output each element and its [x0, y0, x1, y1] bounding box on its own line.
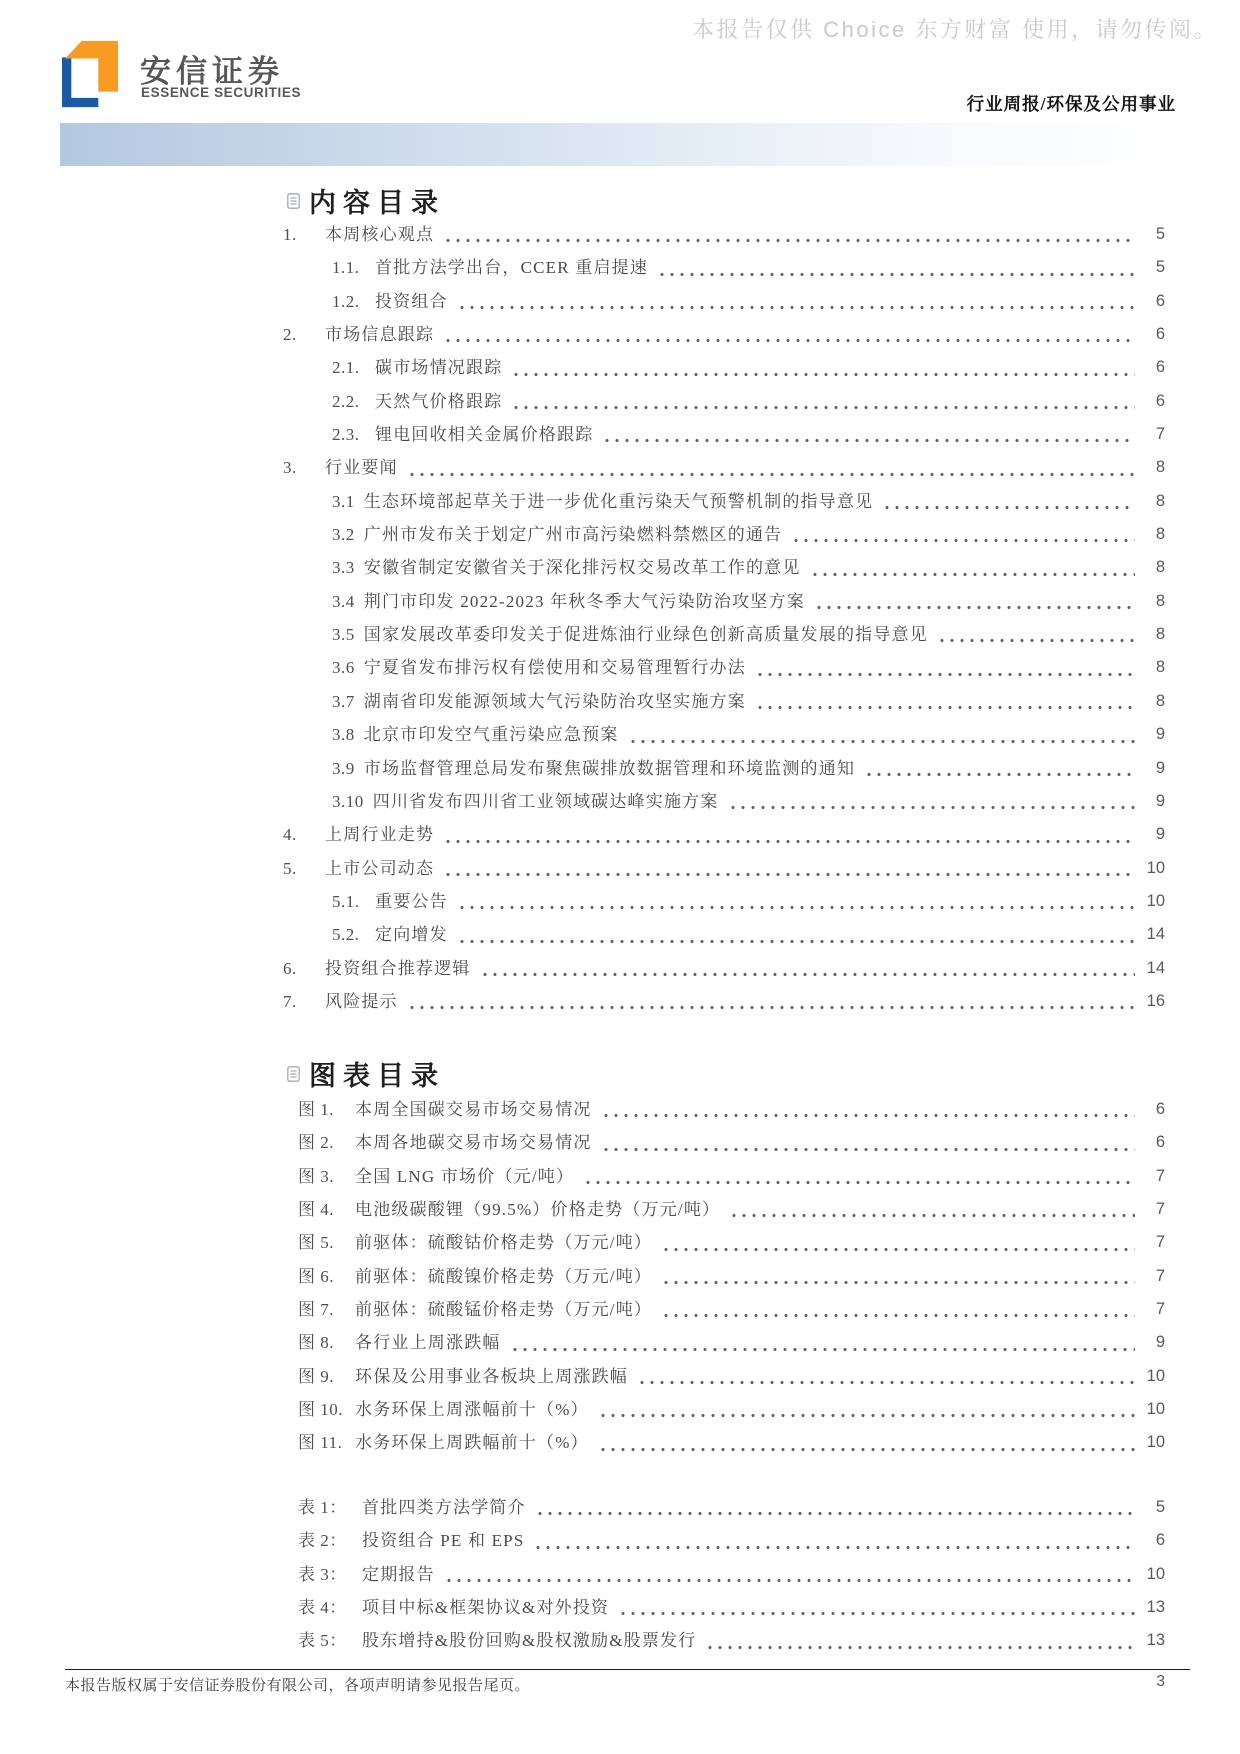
- figure-entry-label: 电池级碳酸锂（99.5%）价格走势（万元/吨）: [355, 1193, 720, 1226]
- dot-leader: [616, 1591, 1135, 1624]
- dot-leader: [600, 418, 1135, 451]
- figure-entry-label: 水务环保上周涨幅前十（%）: [355, 1393, 589, 1426]
- toc-entry[interactable]: 5. 上市公司动态 10: [283, 852, 1165, 885]
- toc-entry-page: 8: [1139, 551, 1165, 584]
- toc-entry-page: 5: [1139, 251, 1165, 284]
- toc-entry-page: 8: [1139, 585, 1165, 618]
- toc-entry-page: 16: [1139, 985, 1165, 1018]
- toc-section-heading: 内容目录: [287, 181, 445, 220]
- table-entry-page: 13: [1139, 1591, 1165, 1624]
- toc-entry-label: 锂电回收相关金属价格跟踪: [375, 418, 593, 451]
- figure-entry[interactable]: 图 6. 前驱体：硫酸镍价格走势（万元/吨） 7: [298, 1260, 1165, 1293]
- toc-entry[interactable]: 1. 本周核心观点 5: [283, 218, 1165, 251]
- toc-entry-label: 四川省发布四川省工业领域碳达峰实施方案: [373, 785, 719, 818]
- figures-section-heading: 图表目录: [287, 1054, 445, 1093]
- figure-entry-number: 图 8.: [298, 1326, 355, 1359]
- dot-leader: [596, 1393, 1135, 1426]
- toc-entry[interactable]: 2.1. 碳市场情况跟踪 6: [283, 351, 1165, 384]
- toc-entry[interactable]: 6. 投资组合推荐逻辑 14: [283, 952, 1165, 985]
- figure-entry-number: 图 9.: [298, 1360, 355, 1393]
- toc-entry-page: 9: [1139, 718, 1165, 751]
- toc-entry[interactable]: 3.10 四川省发布四川省工业领域碳达峰实施方案 9: [283, 785, 1165, 818]
- toc-entry-number: 1.1.: [332, 251, 375, 284]
- dot-leader: [599, 1126, 1135, 1159]
- toc-entry-page: 8: [1139, 618, 1165, 651]
- essence-securities-logo-icon: [62, 40, 118, 108]
- toc-title: 内容目录: [309, 181, 445, 220]
- table-entry-number: 表 1：: [298, 1491, 362, 1524]
- dot-leader: [442, 1558, 1135, 1591]
- report-page: 本报告仅供 Choice 东方财富 使用，请勿传阅。 安信证券 ESSENCE …: [0, 0, 1240, 1754]
- toc-entry-page: 5: [1139, 218, 1165, 251]
- toc-entry[interactable]: 2.2. 天然气价格跟踪 6: [283, 385, 1165, 418]
- figure-entry[interactable]: 图 7. 前驱体：硫酸锰价格走势（万元/吨） 7: [298, 1293, 1165, 1326]
- document-list-icon: [287, 1066, 300, 1082]
- dot-leader: [533, 1491, 1135, 1524]
- dot-leader: [753, 685, 1135, 718]
- figure-entry[interactable]: 图 4. 电池级碳酸锂（99.5%）价格走势（万元/吨） 7: [298, 1193, 1165, 1226]
- table-entry-page: 13: [1139, 1624, 1165, 1657]
- table-entry-number: 表 3：: [298, 1558, 362, 1591]
- dot-leader: [659, 1293, 1135, 1326]
- dot-leader: [581, 1160, 1135, 1193]
- dot-leader: [441, 818, 1135, 851]
- dot-leader: [789, 518, 1135, 551]
- toc-entry-label: 荆门市印发 2022-2023 年秋冬季大气污染防治攻坚方案: [364, 585, 805, 618]
- figure-entry[interactable]: 图 5. 前驱体：硫酸钴价格走势（万元/吨） 7: [298, 1226, 1165, 1259]
- table-entry-label: 股东增持&股份回购&股权激励&股票发行: [362, 1624, 696, 1657]
- toc-entry-number: 2.: [283, 318, 325, 351]
- figure-entry-page: 7: [1139, 1260, 1165, 1293]
- footer-page-number: 3: [1156, 1673, 1165, 1691]
- table-entry-number: 表 2：: [298, 1524, 362, 1557]
- table-entry-label: 项目中标&框架协议&对外投资: [362, 1591, 609, 1624]
- toc-entry[interactable]: 7. 风险提示 16: [283, 985, 1165, 1018]
- brand-name-en: ESSENCE SECURITIES: [141, 85, 301, 100]
- figure-entry-page: 10: [1139, 1360, 1165, 1393]
- toc-entry-page: 10: [1139, 852, 1165, 885]
- dot-leader: [405, 451, 1135, 484]
- dot-leader: [455, 285, 1135, 318]
- figure-entry[interactable]: 图 1. 本周全国碳交易市场交易情况 6: [298, 1093, 1165, 1126]
- toc-entry-page: 9: [1139, 818, 1165, 851]
- report-type-label: 行业周报/环保及公用事业: [967, 91, 1176, 116]
- toc-entry-page: 9: [1139, 752, 1165, 785]
- dot-leader: [727, 1193, 1135, 1226]
- dot-leader: [441, 218, 1135, 251]
- toc-entry[interactable]: 5.2. 定向增发 14: [283, 918, 1165, 951]
- table-entry-label: 定期报告: [362, 1558, 435, 1591]
- toc-entry[interactable]: 3.3 安徽省制定安徽省关于深化排污权交易改革工作的意见 8: [283, 551, 1165, 584]
- toc-entry-number: 3.3: [332, 551, 355, 584]
- dot-leader: [599, 1093, 1135, 1126]
- figure-entry-number: 图 7.: [298, 1293, 355, 1326]
- dot-leader: [478, 952, 1135, 985]
- figure-entry-number: 图 2.: [298, 1126, 355, 1159]
- toc-entry-number: 3.2: [332, 518, 355, 551]
- table-entry-page: 10: [1139, 1558, 1165, 1591]
- figure-entry-label: 环保及公用事业各板块上周涨跌幅: [355, 1360, 628, 1393]
- toc-entry-number: 3.5: [332, 618, 355, 651]
- toc-entry[interactable]: 3.4 荆门市印发 2022-2023 年秋冬季大气污染防治攻坚方案 8: [283, 585, 1165, 618]
- figure-entry-page: 6: [1139, 1093, 1165, 1126]
- toc-entry-number: 2.3.: [332, 418, 375, 451]
- toc-entry-page: 14: [1139, 952, 1165, 985]
- toc-entry[interactable]: 3.7 湖南省印发能源领域大气污染防治攻坚实施方案 8: [283, 685, 1165, 718]
- table-entry-page: 6: [1139, 1524, 1165, 1557]
- toc-entry[interactable]: 3.6 宁夏省发布排污权有偿使用和交易管理暂行办法 8: [283, 651, 1165, 684]
- table-entry[interactable]: 表 3： 定期报告 10: [298, 1558, 1165, 1591]
- figure-entry[interactable]: 图 2. 本周各地碳交易市场交易情况 6: [298, 1126, 1165, 1159]
- toc-entry[interactable]: 3.9 市场监督管理总局发布聚焦碳排放数据管理和环境监测的通知 9: [283, 752, 1165, 785]
- toc-entry-number: 2.1.: [332, 351, 375, 384]
- toc-list: 1. 本周核心观点 5 1.1. 首批方法学出台，CCER 重启提速 5 1.2…: [283, 218, 1165, 1018]
- toc-entry-label: 安徽省制定安徽省关于深化排污权交易改革工作的意见: [364, 551, 801, 584]
- figure-entry-number: 图 6.: [298, 1260, 355, 1293]
- toc-entry-number: 3.9: [332, 752, 355, 785]
- toc-entry-number: 3.7: [332, 685, 355, 718]
- dot-leader: [441, 852, 1135, 885]
- toc-entry-number: 1.2.: [332, 285, 375, 318]
- dot-leader: [655, 251, 1135, 284]
- table-entry-number: 表 4：: [298, 1591, 362, 1624]
- toc-entry[interactable]: 3. 行业要闻 8: [283, 451, 1165, 484]
- toc-entry-page: 8: [1139, 651, 1165, 684]
- toc-entry-number: 5.1.: [332, 885, 375, 918]
- toc-entry-label: 宁夏省发布排污权有偿使用和交易管理暂行办法: [364, 651, 746, 684]
- table-entry-label: 首批四类方法学简介: [362, 1491, 526, 1524]
- toc-entry-label: 投资组合: [375, 285, 448, 318]
- toc-entry-page: 14: [1139, 918, 1165, 951]
- dot-leader: [596, 1426, 1135, 1459]
- dot-leader: [812, 585, 1135, 618]
- dot-leader: [455, 918, 1135, 951]
- toc-entry-number: 5.2.: [332, 918, 375, 951]
- figure-entry-number: 图 1.: [298, 1093, 355, 1126]
- toc-entry[interactable]: 3.1 生态环境部起草关于进一步优化重污染天气预警机制的指导意见 8: [283, 485, 1165, 518]
- toc-entry[interactable]: 2. 市场信息跟踪 6: [283, 318, 1165, 351]
- toc-entry-number: 3.10: [332, 785, 364, 818]
- toc-entry-number: 2.2.: [332, 385, 375, 418]
- toc-entry[interactable]: 1.2. 投资组合 6: [283, 285, 1165, 318]
- toc-entry-number: 7.: [283, 985, 325, 1018]
- figure-entry-label: 前驱体：硫酸镍价格走势（万元/吨）: [355, 1260, 652, 1293]
- table-entry[interactable]: 表 5： 股东增持&股份回购&股权激励&股票发行 13: [298, 1624, 1165, 1657]
- toc-entry-number: 3.1: [332, 485, 355, 518]
- toc-entry[interactable]: 3.8 北京市印发空气重污染应急预案 9: [283, 718, 1165, 751]
- dot-leader: [753, 651, 1135, 684]
- dot-leader: [441, 318, 1135, 351]
- toc-entry-number: 4.: [283, 818, 325, 851]
- toc-entry-page: 10: [1139, 885, 1165, 918]
- document-list-icon: [287, 193, 300, 209]
- toc-entry-page: 8: [1139, 485, 1165, 518]
- table-entry[interactable]: 表 2： 投资组合 PE 和 EPS 6: [298, 1524, 1165, 1557]
- table-entry[interactable]: 表 1： 首批四类方法学简介 5: [298, 1491, 1165, 1524]
- dot-leader: [703, 1624, 1135, 1657]
- toc-entry-label: 湖南省印发能源领域大气污染防治攻坚实施方案: [364, 685, 746, 718]
- figure-entry-page: 6: [1139, 1126, 1165, 1159]
- toc-entry[interactable]: 3.2 广州市发布关于划定广州市高污染燃料禁燃区的通告 8: [283, 518, 1165, 551]
- dot-leader: [808, 551, 1135, 584]
- figure-entry-page: 9: [1139, 1326, 1165, 1359]
- footer-divider: [65, 1669, 1190, 1670]
- dot-leader: [405, 985, 1135, 1018]
- toc-entry-number: 6.: [283, 952, 325, 985]
- figure-entry-number: 图 11.: [298, 1426, 355, 1459]
- toc-entry-number: 3.: [283, 451, 325, 484]
- toc-entry-page: 6: [1139, 385, 1165, 418]
- dot-leader: [862, 752, 1135, 785]
- figure-entry-page: 10: [1139, 1393, 1165, 1426]
- toc-entry[interactable]: 3.5 国家发展改革委印发关于促进炼油行业绿色创新高质量发展的指导意见 8: [283, 618, 1165, 651]
- figures-title: 图表目录: [309, 1054, 445, 1093]
- toc-entry-label: 市场监督管理总局发布聚焦碳排放数据管理和环境监测的通知: [364, 752, 855, 785]
- dot-leader: [659, 1260, 1135, 1293]
- figure-entry-page: 7: [1139, 1193, 1165, 1226]
- table-entry[interactable]: 表 4： 项目中标&框架协议&对外投资 13: [298, 1591, 1165, 1624]
- figure-entry-page: 7: [1139, 1293, 1165, 1326]
- toc-entry-number: 1.: [283, 218, 325, 251]
- toc-entry-page: 6: [1139, 285, 1165, 318]
- figure-entry-label: 水务环保上周跌幅前十（%）: [355, 1426, 589, 1459]
- toc-entry-number: 3.8: [332, 718, 355, 751]
- toc-entry-label: 市场信息跟踪: [325, 318, 434, 351]
- dot-leader: [935, 618, 1135, 651]
- figure-entry-page: 7: [1139, 1160, 1165, 1193]
- dot-leader: [455, 885, 1135, 918]
- figure-entry[interactable]: 图 3. 全国 LNG 市场价（元/吨） 7: [298, 1160, 1165, 1193]
- table-entry-label: 投资组合 PE 和 EPS: [362, 1524, 524, 1557]
- toc-entry-label: 国家发展改革委印发关于促进炼油行业绿色创新高质量发展的指导意见: [364, 618, 928, 651]
- figure-entry-number: 图 10.: [298, 1393, 355, 1426]
- figure-entry-number: 图 3.: [298, 1160, 355, 1193]
- dot-leader: [726, 785, 1135, 818]
- figure-entry-label: 前驱体：硫酸锰价格走势（万元/吨）: [355, 1293, 652, 1326]
- figure-entry-label: 本周各地碳交易市场交易情况: [355, 1126, 592, 1159]
- figure-entry-number: 图 4.: [298, 1193, 355, 1226]
- toc-entry-label: 碳市场情况跟踪: [375, 351, 502, 384]
- footer-copyright: 本报告版权属于安信证券股份有限公司，各项声明请参见报告尾页。: [65, 1674, 530, 1695]
- figure-entry[interactable]: 图 9. 环保及公用事业各板块上周涨跌幅 10: [298, 1360, 1165, 1393]
- toc-entry-label: 北京市印发空气重污染应急预案: [364, 718, 619, 751]
- figure-entry[interactable]: 图 11. 水务环保上周跌幅前十（%） 10: [298, 1426, 1165, 1459]
- toc-entry[interactable]: 5.1. 重要公告 10: [283, 885, 1165, 918]
- table-list: 表 1： 首批四类方法学简介 5 表 2： 投资组合 PE 和 EPS 6 表 …: [298, 1491, 1165, 1658]
- toc-entry[interactable]: 1.1. 首批方法学出台，CCER 重启提速 5: [283, 251, 1165, 284]
- table-entry-number: 表 5：: [298, 1624, 362, 1657]
- header-gradient-band: [60, 123, 1186, 166]
- toc-entry-label: 上周行业走势: [325, 818, 434, 851]
- toc-entry-label: 生态环境部起草关于进一步优化重污染天气预警机制的指导意见: [364, 485, 874, 518]
- toc-entry-label: 投资组合推荐逻辑: [325, 952, 471, 985]
- toc-entry-number: 3.6: [332, 651, 355, 684]
- figure-entry-number: 图 5.: [298, 1226, 355, 1259]
- dot-leader: [509, 385, 1135, 418]
- toc-entry-label: 重要公告: [375, 885, 448, 918]
- table-entry-page: 5: [1139, 1491, 1165, 1524]
- figure-entry[interactable]: 图 10. 水务环保上周涨幅前十（%） 10: [298, 1393, 1165, 1426]
- toc-entry-label: 定向增发: [375, 918, 448, 951]
- dot-leader: [509, 351, 1135, 384]
- toc-entry-number: 3.4: [332, 585, 355, 618]
- figure-entry-label: 各行业上周涨跌幅: [355, 1326, 501, 1359]
- toc-entry-number: 5.: [283, 852, 325, 885]
- dot-leader: [659, 1226, 1135, 1259]
- dot-leader: [635, 1360, 1135, 1393]
- toc-entry-page: 8: [1139, 451, 1165, 484]
- toc-entry-label: 风险提示: [325, 985, 398, 1018]
- dot-leader: [531, 1524, 1135, 1557]
- toc-entry[interactable]: 2.3. 锂电回收相关金属价格跟踪 7: [283, 418, 1165, 451]
- toc-entry-label: 广州市发布关于划定广州市高污染燃料禁燃区的通告: [364, 518, 783, 551]
- toc-entry-page: 9: [1139, 785, 1165, 818]
- dot-leader: [880, 485, 1135, 518]
- figure-entry-label: 全国 LNG 市场价（元/吨）: [355, 1160, 574, 1193]
- toc-entry-page: 7: [1139, 418, 1165, 451]
- toc-entry-page: 6: [1139, 351, 1165, 384]
- toc-entry-page: 6: [1139, 318, 1165, 351]
- watermark-text: 本报告仅供 Choice 东方财富 使用，请勿传阅。: [692, 13, 1218, 44]
- figure-list: 图 1. 本周全国碳交易市场交易情况 6 图 2. 本周各地碳交易市场交易情况 …: [298, 1093, 1165, 1460]
- toc-entry-label: 上市公司动态: [325, 852, 434, 885]
- toc-entry-label: 天然气价格跟踪: [375, 385, 502, 418]
- figure-entry-label: 前驱体：硫酸钴价格走势（万元/吨）: [355, 1226, 652, 1259]
- dot-leader: [626, 718, 1135, 751]
- toc-entry-label: 首批方法学出台，CCER 重启提速: [375, 251, 648, 284]
- toc-entry-page: 8: [1139, 518, 1165, 551]
- toc-entry-label: 行业要闻: [325, 451, 398, 484]
- figure-entry-label: 本周全国碳交易市场交易情况: [355, 1093, 592, 1126]
- dot-leader: [508, 1326, 1135, 1359]
- toc-entry-label: 本周核心观点: [325, 218, 434, 251]
- toc-entry-page: 8: [1139, 685, 1165, 718]
- figure-entry[interactable]: 图 8. 各行业上周涨跌幅 9: [298, 1326, 1165, 1359]
- toc-entry[interactable]: 4. 上周行业走势 9: [283, 818, 1165, 851]
- figure-entry-page: 7: [1139, 1226, 1165, 1259]
- figure-entry-page: 10: [1139, 1426, 1165, 1459]
